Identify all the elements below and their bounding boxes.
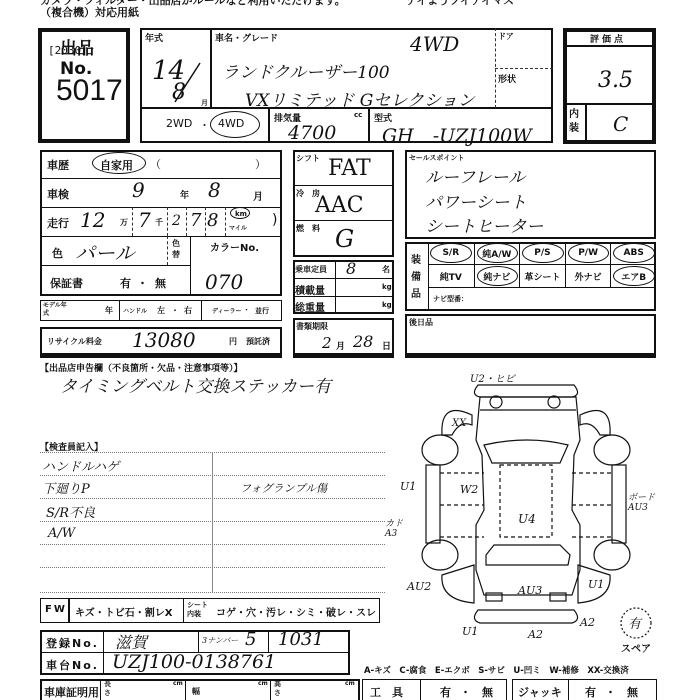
equipment--[interactable]: 純ナビ: [474, 265, 520, 287]
handle-right[interactable]: 右: [184, 305, 192, 316]
mileage-unit-mile[interactable]: マイル: [229, 223, 247, 232]
warranty-label: 保証書: [50, 275, 83, 291]
inspector-right-2: フォグランプル傷: [240, 480, 327, 496]
mileage-d1: 2: [172, 213, 181, 229]
jack-sep: ・: [605, 684, 616, 700]
history-label: 車歴: [47, 157, 69, 173]
model-value: GH -UZJ100W: [382, 121, 532, 148]
score-value: 3.5: [598, 68, 633, 93]
registration-class: 3ナンバー: [202, 635, 238, 646]
year-label: 年式: [145, 31, 163, 44]
registration-label: 登録No.: [46, 635, 99, 651]
sales-point-3: シートヒーター: [425, 212, 543, 237]
tools-sep: ・: [460, 684, 471, 700]
diagram-note-left-front-door: U1: [400, 480, 416, 493]
tools-label: 工 具: [370, 684, 403, 700]
mileage-man-unit: 万: [120, 217, 128, 228]
inspector-left-1: ハンドルハゲ: [42, 456, 119, 475]
spare-value: 有: [628, 613, 641, 632]
chassis-value: UZJ100-0138761: [112, 651, 276, 673]
shaken-month-unit: 月: [253, 188, 263, 203]
history-paren-close: ）: [255, 156, 266, 172]
diagram-note-trunk: AU3: [518, 584, 542, 597]
mileage-d2: 7: [190, 210, 201, 231]
garage-width-unit: cm: [258, 680, 268, 687]
diagram-note-rear-bumper-left: U1: [462, 625, 478, 638]
handle-left[interactable]: 左: [157, 305, 165, 316]
load-label: 積載量: [295, 282, 325, 297]
dealer-sep: ・: [243, 305, 250, 315]
equipment-label: 純TV: [440, 270, 462, 283]
lot-box: 出品No. [2030] 5017: [38, 28, 130, 143]
diagram-note-rear-bumper: A2: [528, 628, 543, 641]
equipment--[interactable]: 外ナビ: [565, 265, 611, 287]
equipment-check-circle: [613, 266, 655, 286]
model-year-unit: 年: [105, 305, 113, 316]
jack-no[interactable]: 無: [627, 684, 638, 700]
drive-sep: ・: [199, 117, 210, 133]
garage-length-unit: cm: [173, 680, 183, 687]
mileage-km-circle: [230, 207, 250, 219]
inspector-left-4: A/W: [48, 526, 75, 541]
tools-yes[interactable]: 有: [440, 684, 451, 700]
diagram-note-left-door-inner: W2: [460, 483, 478, 496]
garage-length-label: 長さ: [104, 680, 112, 698]
sales-point-2: パワーシート: [425, 188, 527, 213]
interior-label: 内装: [569, 108, 580, 136]
sales-points-label: セールスポイント: [409, 153, 464, 163]
fuel-label: 燃料: [296, 223, 328, 234]
tools-no[interactable]: 無: [482, 684, 493, 700]
car-label: 車名・グレード: [215, 31, 278, 44]
registration-pref: 滋賀: [115, 630, 147, 653]
equipment-check-circle: [613, 243, 655, 263]
lot-stamp: [2030]: [48, 44, 88, 57]
lot-number: 5017: [56, 74, 123, 108]
equipment-abs[interactable]: ABS: [610, 242, 656, 264]
registration-number: 1031: [278, 629, 324, 650]
color-change-label: 色替: [172, 238, 182, 260]
header-line2: （複合機）対応用紙: [40, 4, 139, 20]
capacity-label: 乗車定員: [295, 264, 327, 275]
shaken-year-unit: 年: [180, 188, 189, 201]
gross-unit: kg: [382, 301, 392, 309]
garage-width-label: 幅: [192, 686, 200, 697]
equipment--a-w[interactable]: 純A/W: [474, 242, 520, 264]
shaken-year: 9: [132, 178, 145, 202]
gross-label: 総重量: [295, 299, 325, 314]
equipment-p-s[interactable]: P/S: [519, 242, 565, 264]
aircon-value: AAC: [315, 193, 364, 218]
handle-label: ハンドル: [123, 306, 147, 315]
later-items-label: 後日品: [409, 317, 433, 328]
diagram-note-right-rear-fender: U1: [588, 578, 604, 591]
warranty-no[interactable]: 無: [155, 275, 166, 291]
damage-legend: A-キズ C-腐食 E-エクボ S-サビ U-凹ミ W-補修 XX-交換済: [364, 664, 629, 676]
equipment-check-circle: [568, 243, 610, 263]
capacity-value: 8: [346, 259, 356, 278]
load-unit: kg: [382, 283, 392, 291]
recycle-status: 預託済: [246, 336, 270, 347]
sales-point-1: ルーフレール: [425, 163, 525, 188]
garage-height-label: 高さ: [274, 680, 282, 698]
door-label: ドア: [498, 31, 514, 42]
navi-model-label: ナビ型番：: [433, 294, 468, 304]
car-name: ランドクルーザー100: [222, 58, 390, 83]
mileage-label: 走行: [47, 215, 69, 231]
diagram-note-roof: U4: [518, 512, 536, 526]
equipment--[interactable]: 革シート: [519, 265, 565, 287]
car-grade: VXリミテッド Gセレクション: [245, 86, 475, 111]
mileage-man: 12: [80, 208, 105, 232]
doc-deadline-day-unit: 日: [382, 339, 391, 352]
jack-label: ジャッキ: [518, 684, 562, 700]
color-code-label: カラーNo.: [210, 239, 259, 254]
interior-value: C: [613, 112, 628, 136]
spare-label: スペア: [621, 640, 651, 655]
import-label[interactable]: 並行: [255, 306, 269, 316]
diagram-note-front-bumper: U2・ヒビ: [470, 370, 515, 385]
diagram-note-right-side: ボード AU3: [628, 490, 668, 513]
shift-label: シフト: [296, 153, 320, 164]
equipment--b[interactable]: エアB: [610, 265, 656, 287]
mileage-paren: ): [272, 212, 277, 228]
equipment-label: 革シート: [524, 270, 560, 283]
color-code-value: 070: [205, 270, 243, 294]
mileage-sen-unit: 千: [155, 217, 163, 228]
fuel-value: G: [335, 225, 354, 253]
displacement-value: 4700: [288, 122, 336, 144]
equipment-s-r[interactable]: S/R: [428, 242, 474, 264]
doc-deadline-month-unit: 月: [336, 339, 345, 352]
equipment--tv[interactable]: 純TV: [428, 265, 474, 287]
car-drive-note: 4WD: [410, 32, 459, 56]
displacement-unit: cc: [354, 111, 362, 119]
fw-label: FW: [45, 604, 67, 615]
capacity-unit: 名: [382, 264, 390, 275]
recycle-label: リサイクル料金: [47, 336, 102, 347]
dealer-label[interactable]: ディーラー: [212, 306, 242, 315]
equipment-label: 外ナビ: [575, 270, 602, 283]
mileage-d3: 8: [207, 210, 218, 231]
diagram-note-left-rear-fender: AU2: [407, 580, 431, 593]
shift-value: FAT: [328, 156, 371, 181]
recycle-unit: 円: [229, 336, 237, 347]
inspector-left-2: 下廻りP: [42, 478, 90, 497]
jack-yes[interactable]: 有: [585, 684, 596, 700]
handle-sep: ・: [171, 305, 179, 316]
seller-notes-text: タイミングベルト交換ステッカー有: [60, 372, 331, 397]
fw-options: キズ・トビ石・割レX: [75, 604, 173, 619]
garage-height-unit: cm: [345, 680, 355, 687]
diagram-note-rear-bumper-right: A2: [580, 616, 595, 629]
drive-2wd[interactable]: 2WD: [166, 117, 192, 130]
model-year-label: モデル年式: [43, 302, 67, 318]
garage-label: 車庫証明用: [44, 684, 99, 700]
doc-deadline-day: 28: [353, 332, 373, 351]
history-circle: [92, 152, 146, 174]
drive-4wd-circle: [210, 111, 260, 138]
color-label: 色: [52, 245, 63, 261]
doc-deadline-label: 書類期限: [296, 321, 328, 332]
diagram-note-left-rear-side: カド A3: [385, 516, 405, 539]
equipment-check-circle: [477, 243, 519, 263]
equipment-check-circle: [477, 266, 519, 286]
equipment-p-w[interactable]: P/W: [565, 242, 611, 264]
diagram-note-left-front-fender: XX: [452, 418, 466, 429]
shaken-label: 車検: [47, 186, 69, 202]
inspector-left-3: S/R不良: [46, 502, 95, 521]
doc-deadline-month: 2: [322, 334, 332, 352]
score-label: 評価点: [590, 32, 626, 45]
seat-options: コゲ・穴・汚レ・シミ・破レ・スレ: [216, 604, 376, 619]
warranty-yes[interactable]: 有: [120, 275, 131, 291]
seat-label: シート内装: [187, 601, 211, 619]
registration-kana: 5: [245, 629, 256, 650]
chassis-label: 車台No.: [46, 657, 99, 673]
color-value: パール: [75, 237, 135, 266]
mileage-sen: 7: [138, 208, 151, 232]
warranty-sep: ・: [137, 275, 148, 291]
later-items-box: [405, 314, 656, 355]
recycle-value: 13080: [132, 328, 196, 352]
equipment-check-circle: [430, 243, 472, 263]
history-paren-open: （: [150, 156, 161, 172]
shaken-month: 8: [208, 178, 221, 202]
equipment-label: 装備品: [411, 252, 422, 303]
equipment-check-circle: [522, 243, 564, 263]
shape-label: 形状: [498, 72, 516, 85]
